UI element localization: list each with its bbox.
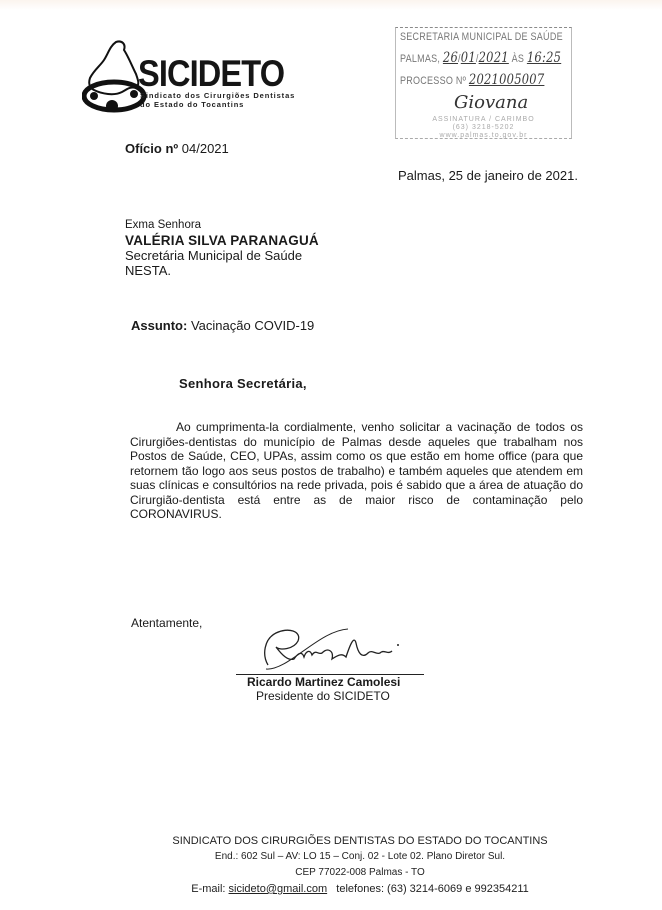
recipient-location: NESTA. xyxy=(125,263,319,278)
footer-organization: SINDICATO DOS CIRURGIÕES DENTISTAS DO ES… xyxy=(150,833,570,849)
footer-phones: telefones: (63) 3214-6069 e 992354211 xyxy=(336,883,528,895)
greeting: Senhora Secretária, xyxy=(179,376,307,391)
recipient-name: VALÉRIA SILVA PARANAGUÁ xyxy=(125,233,319,248)
footer-email-link[interactable]: sicideto@gmail.com xyxy=(229,883,328,895)
stamp-day: 26 xyxy=(443,50,458,66)
stamp-process-label: PROCESSO Nº xyxy=(400,75,466,87)
letter-body: Ao cumprimenta-la cordialmente, venho so… xyxy=(130,420,583,522)
stamp-header: SECRETARIA MUNICIPAL DE SAÚDE xyxy=(400,31,563,43)
recipient-block: Exma Senhora VALÉRIA SILVA PARANAGUÁ Sec… xyxy=(125,218,319,278)
letter-footer: SINDICATO DOS CIRURGIÕES DENTISTAS DO ES… xyxy=(150,833,570,897)
subject-line: Assunto: Vacinação COVID-19 xyxy=(131,318,314,333)
stamp-palmas-label: PALMAS, xyxy=(400,53,440,65)
recipient-title: Secretária Municipal de Saúde xyxy=(125,248,319,263)
footer-email-label: E-mail: xyxy=(191,883,225,895)
footer-cep: CEP 77022-008 Palmas - TO xyxy=(150,865,570,881)
subject-value: Vacinação COVID-19 xyxy=(191,318,314,333)
stamp-process-row: PROCESSO Nº 2021005007 xyxy=(400,72,544,88)
signer-name: Ricardo Martinez Camolesi xyxy=(247,675,400,689)
stamp-year: 2021 xyxy=(479,50,509,66)
stamp-footer-2: (63) 3218-5202 xyxy=(396,124,571,131)
stamp-time: 16:25 xyxy=(527,50,561,66)
logo-wordmark: SICIDETO xyxy=(138,55,284,92)
oficio-label: Ofício nº xyxy=(125,141,178,156)
page-edge xyxy=(0,0,662,10)
closing: Atentamente, xyxy=(131,616,202,630)
stamp-footer-1: ASSINATURA / CARIMBO xyxy=(396,116,571,123)
place-date: Palmas, 25 de janeiro de 2021. xyxy=(398,168,578,183)
footer-contact: E-mail: sicideto@gmail.com telefones: (6… xyxy=(150,881,570,897)
oficio-number: Ofício nº 04/2021 xyxy=(125,141,229,156)
stamp-footer-3: www.palmas.to.gov.br xyxy=(396,132,571,139)
subject-label: Assunto: xyxy=(131,318,187,333)
stamp-month: 01 xyxy=(461,50,476,66)
stamp-process-number: 2021005007 xyxy=(469,72,545,88)
stamp-date-row: PALMAS, 26/01/2021 ÀS 16:25 xyxy=(400,50,561,66)
stamp-time-label: ÀS xyxy=(512,53,525,65)
footer-address: End.: 602 Sul – AV: LO 15 – Conj. 02 - L… xyxy=(150,849,570,865)
recipient-salutation: Exma Senhora xyxy=(125,218,319,233)
logo-subtitle: Sindicato dos Cirurgiões Dentistas do Es… xyxy=(140,92,295,109)
stamp-receiver-signature: Giovana xyxy=(454,92,528,113)
logo-subtitle-line-2: do Estado do Tocantins xyxy=(140,101,295,110)
signer-role: Presidente do SICIDETO xyxy=(256,689,390,703)
protocol-stamp: SECRETARIA MUNICIPAL DE SAÚDE PALMAS, 26… xyxy=(395,27,572,139)
handwritten-signature-icon xyxy=(258,625,408,675)
oficio-value: 04/2021 xyxy=(182,141,229,156)
